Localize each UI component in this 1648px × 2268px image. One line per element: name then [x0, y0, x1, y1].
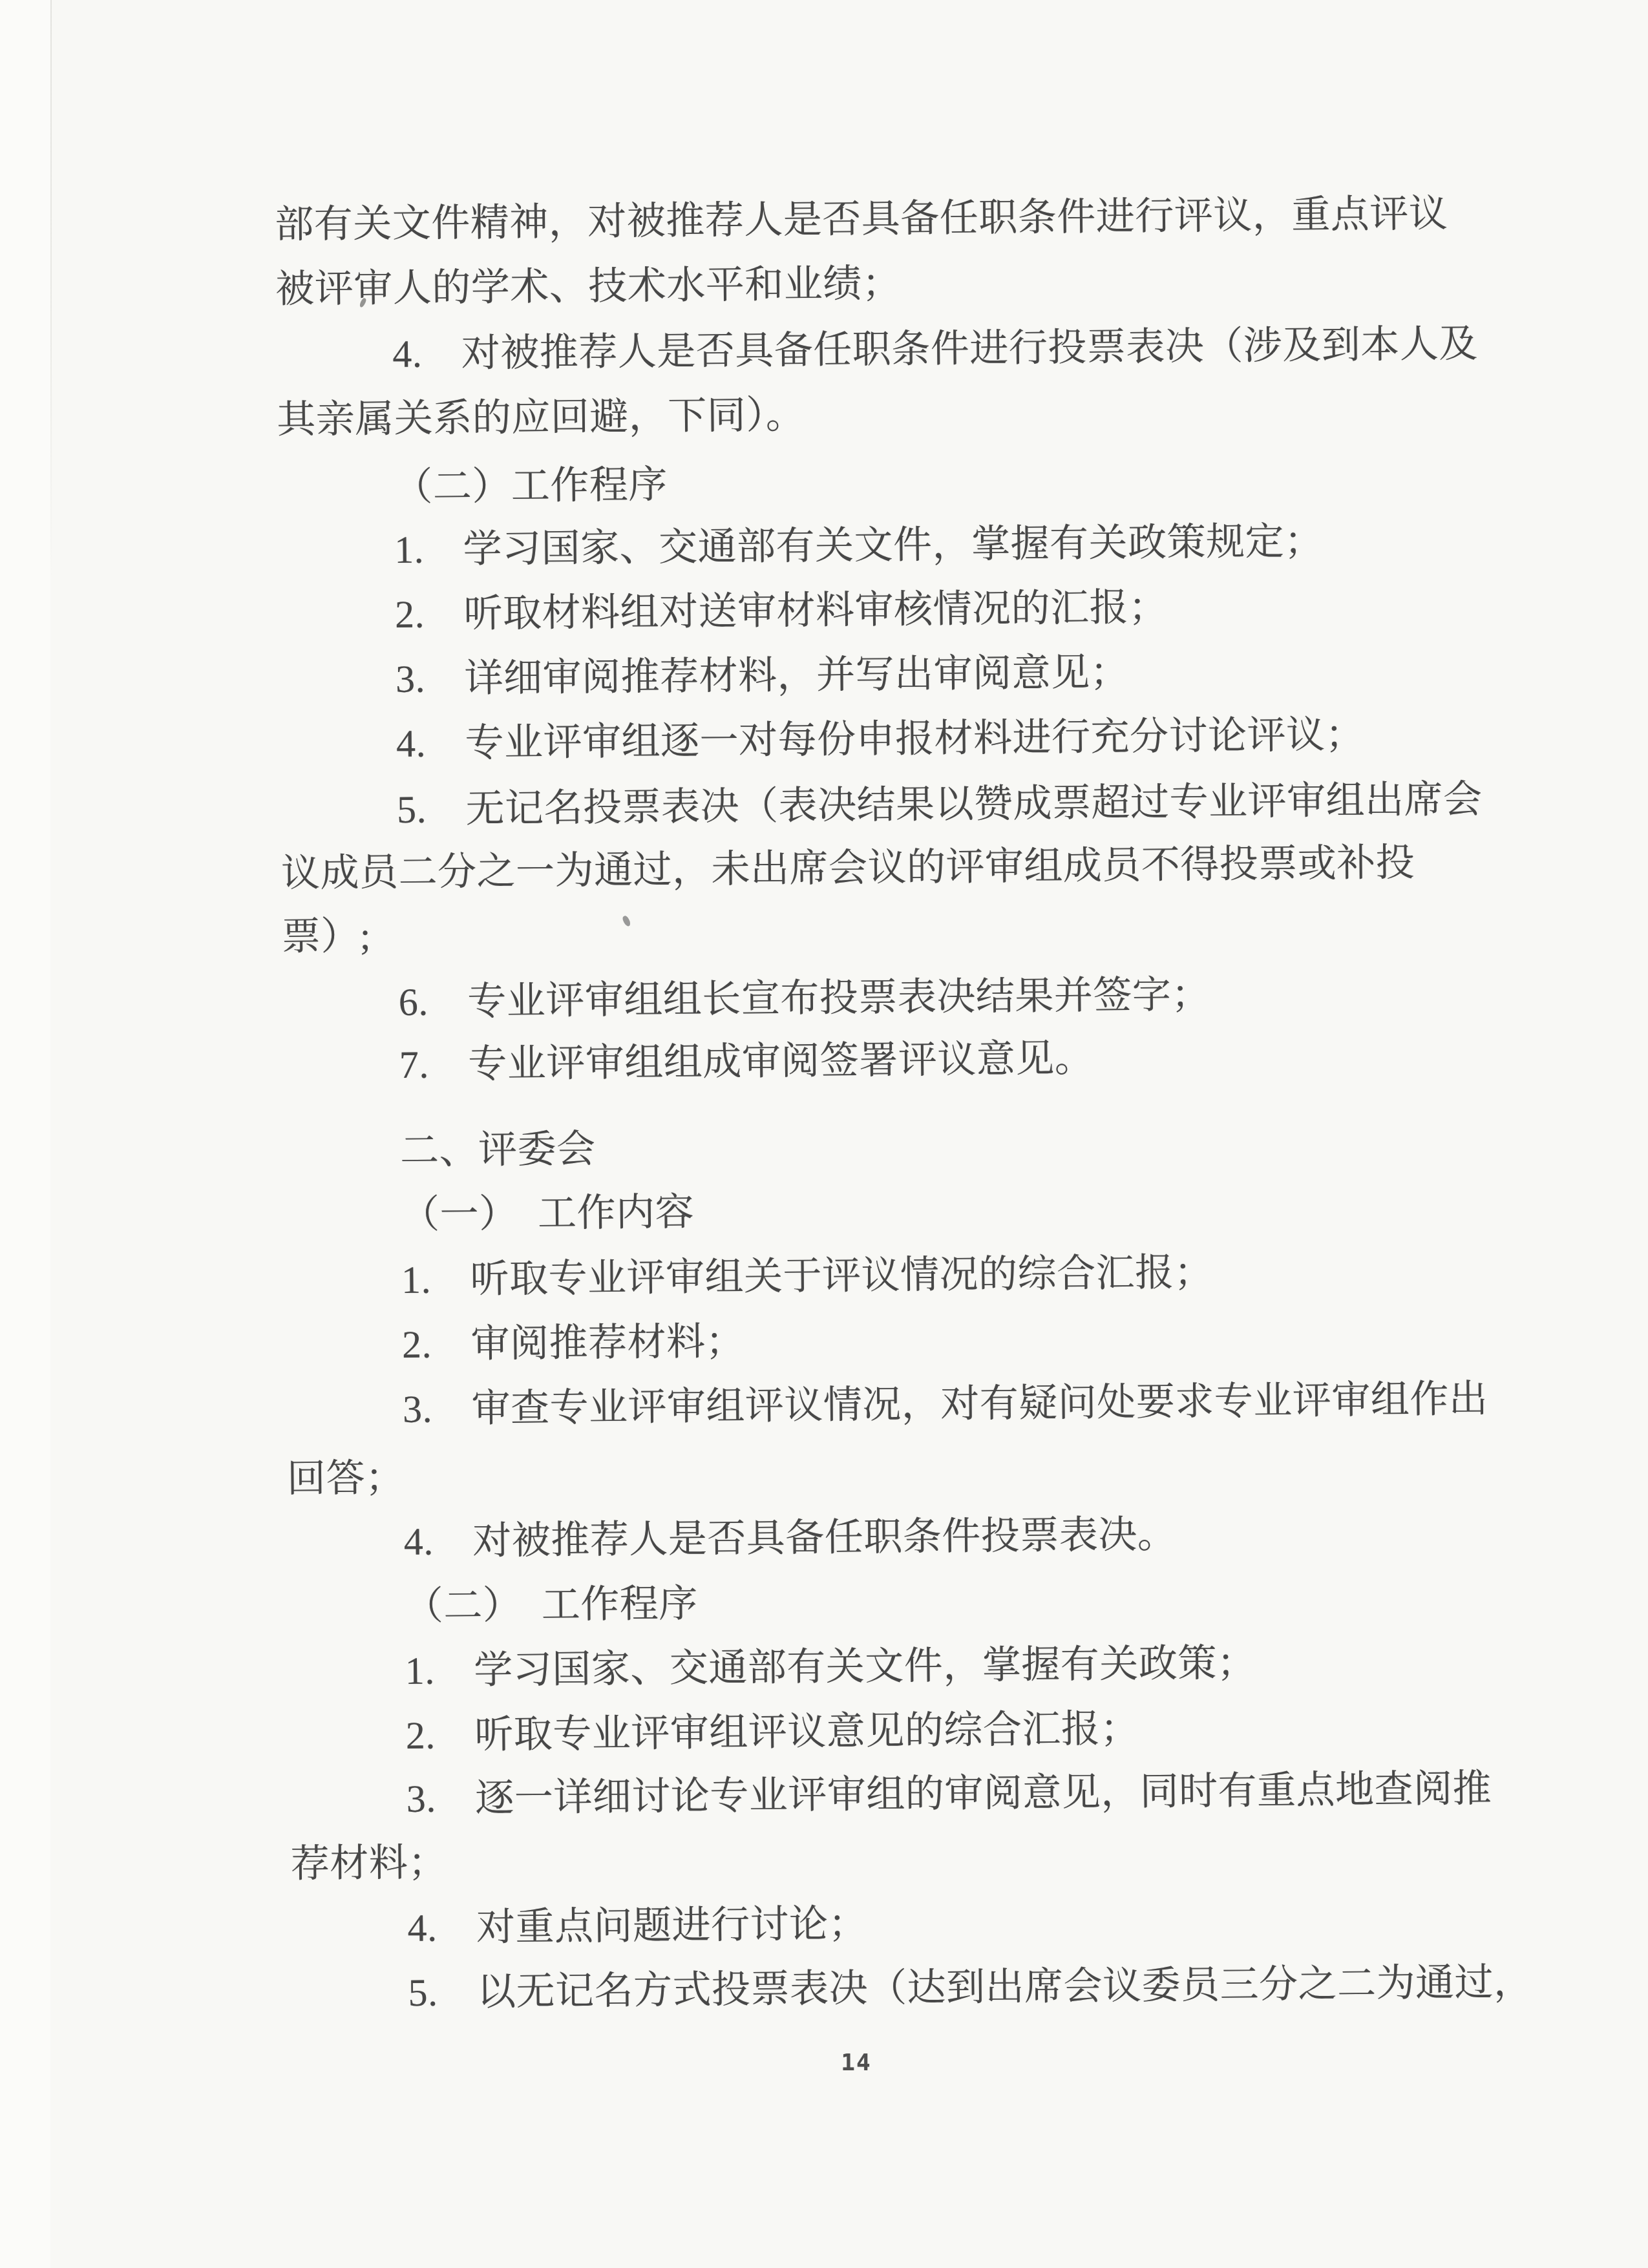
text-line: 票）; — [282, 916, 372, 956]
text-line: 5. 以无记名方式投票表决（达到出席会议委员三分之二为通过， — [291, 1962, 1533, 2013]
text-line: 6. 专业评审组组长宣布投票表决结果并签字； — [282, 974, 1211, 1024]
text-line: 荐材料； — [290, 1842, 447, 1884]
text-line: 3. 审查专业评审组评议情况，对有疑问处要求专业评审组作出 — [286, 1379, 1488, 1431]
text-line: 4. 专业评审组逐一对每份申报材料进行充分讨论评议； — [280, 715, 1365, 765]
text-line: 2. 审阅推荐材料； — [286, 1321, 745, 1366]
text-line: 其亲属关系的应回避，下同）。 — [277, 395, 805, 440]
text-line: 议成员二分之一为通过，未出席会议的评审组成员不得投票或补投 — [281, 843, 1415, 894]
text-line: 二、评委会 — [284, 1129, 596, 1172]
text-line: 1. 学习国家、交通部有关文件，掌握有关政策； — [289, 1643, 1256, 1692]
text-line: （一） 工作内容 — [284, 1192, 695, 1236]
text-line: 7. 专业评审组组成审阅签署评议意见。 — [283, 1038, 1094, 1086]
text-line: 4. 对被推荐人是否具备任职条件进行投票表决（涉及到本人及 — [276, 324, 1478, 375]
text-line: 3. 逐一详细讨论专业评审组的审阅意见，同时有重点地查阅推 — [290, 1769, 1492, 1820]
text-line: （二） 工作程序 — [288, 1584, 699, 1628]
text-line: 回答； — [287, 1458, 405, 1499]
text-line: （二）工作程序 — [277, 465, 668, 509]
scanned-document-page: 部有关文件精神，对被推荐人是否具备任职条件进行评议，重点评议被评审人的学术、技术… — [0, 0, 1648, 2268]
text-line: 1. 学习国家、交通部有关文件，掌握有关政策规定； — [278, 521, 1324, 571]
document-text-block: 部有关文件精神，对被推荐人是否具备任职条件进行评议，重点评议被评审人的学术、技术… — [0, 0, 1648, 2268]
text-line: 1. 听取专业评审组关于评议情况的综合汇报； — [285, 1252, 1214, 1301]
page-number: 14 — [827, 2050, 885, 2076]
text-line: 部有关文件精神，对被推荐人是否具备任职条件进行评议，重点评议 — [275, 193, 1448, 244]
text-line: 4. 对被推荐人是否具备任职条件投票表决。 — [288, 1515, 1177, 1563]
text-line: 2. 听取专业评审组评议意见的综合汇报； — [290, 1708, 1140, 1757]
text-line: 2. 听取材料组对送审材料审核情况的汇报； — [279, 587, 1168, 636]
text-line: 5. 无记名投票表决（表决结果以赞成票超过专业评审组出席会 — [280, 779, 1483, 831]
text-line: 被评审人的学术、技术水平和业绩； — [275, 264, 902, 310]
text-line: 4. 对重点问题进行讨论； — [291, 1904, 867, 1949]
text-line: 3. 详细审阅推荐材料，并写出审阅意见； — [279, 652, 1130, 700]
binding-holes-column — [1609, 0, 1648, 2268]
